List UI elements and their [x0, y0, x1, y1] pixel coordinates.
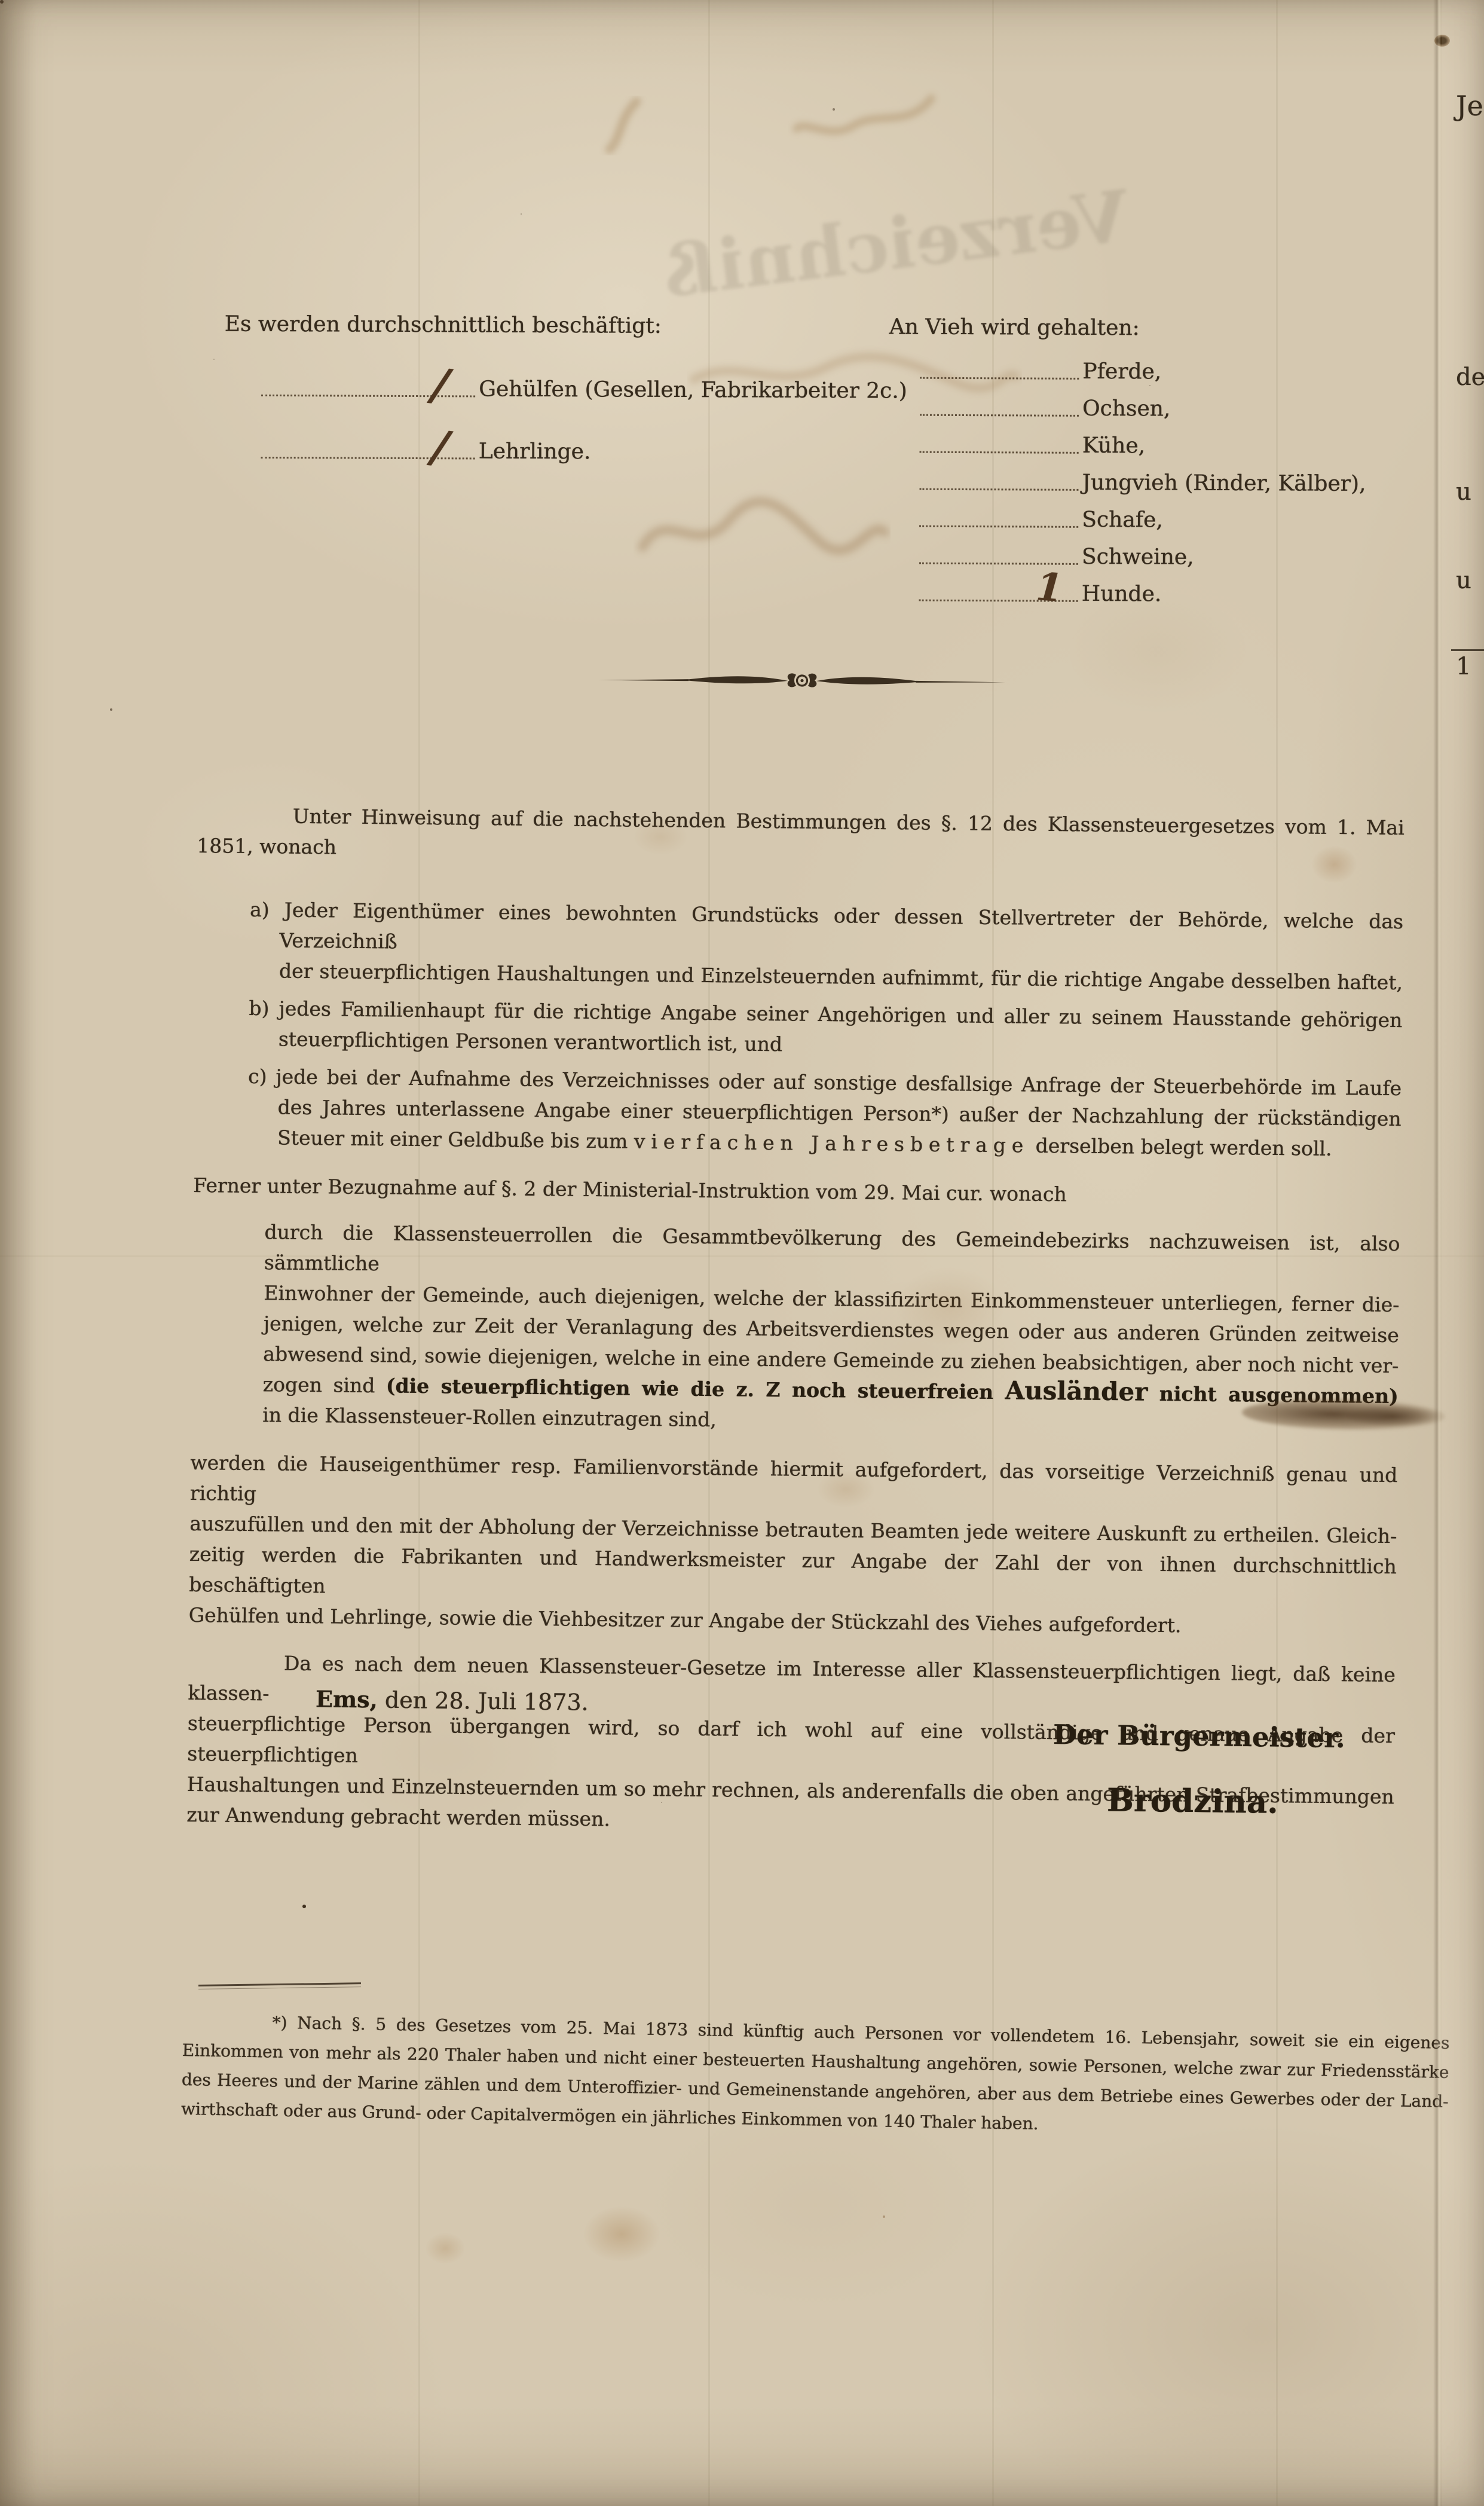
- dotted-entry-line: [919, 525, 1078, 528]
- edge-fragment: Je: [1456, 90, 1483, 122]
- bleedthrough-mark-ghost: [788, 87, 943, 143]
- paragraph: a) Jeder Eigenthümer eines bewohnten Gru…: [195, 894, 1403, 998]
- edge-fragment: u: [1456, 478, 1471, 506]
- paragraph: durch die Klassensteuerrollen die Gesamm…: [191, 1216, 1400, 1442]
- ornamental-divider: [599, 666, 1005, 696]
- edge-fragment-rule: [1451, 649, 1484, 651]
- edge-fragment: de: [1456, 363, 1484, 391]
- form-row-label: Schweine,: [1082, 545, 1194, 570]
- livestock-heading: An Vieh wird gehalten:: [889, 314, 1140, 340]
- handwritten-entry: /: [429, 421, 451, 473]
- form-row-label: Gehülfen (Gesellen, Fabrikarbeiter 2c.): [479, 377, 907, 404]
- employment-heading: Es werden durchschnittlich beschäftigt:: [225, 312, 662, 338]
- form-row: /Gehülfen (Gesellen, Fabrikarbeiter 2c.): [261, 367, 907, 404]
- edge-fragment: 1: [1456, 653, 1471, 680]
- form-row: Schafe,: [919, 498, 1163, 533]
- paragraph: Unter Hinweisung auf die nachstehenden B…: [197, 800, 1405, 873]
- dotted-entry-line: [920, 451, 1079, 454]
- paragraph: *) Nach §. 5 des Gesetzes vom 25. Mai 18…: [181, 2006, 1450, 2146]
- text-line: Ferner unter Bezugnahme auf §. 2 der Min…: [193, 1170, 1400, 1213]
- ink-smudge: [1348, 1406, 1437, 1426]
- paragraph: b) jedes Familienhaupt für die richtige …: [195, 992, 1403, 1066]
- paragraph: c) jede bei der Aufnahme des Verzeichnis…: [194, 1061, 1402, 1165]
- bleedthrough-title-ghost: Verzeichniß: [659, 174, 1133, 313]
- form-row-label: Lehrlinge.: [479, 439, 591, 464]
- dotted-entry-line: [920, 414, 1079, 417]
- bleedthrough-handwriting-ghost: [634, 475, 891, 571]
- paragraph: werden die Hauseigenthümer resp. Familie…: [188, 1447, 1397, 1643]
- paragraph: Ferner unter Bezugnahme auf §. 2 der Min…: [193, 1170, 1400, 1213]
- footnote-rule: [198, 1982, 361, 1989]
- edge-fragment: u: [1456, 567, 1471, 594]
- form-row: Ochsen,: [920, 387, 1171, 421]
- form-row-label: Schafe,: [1082, 508, 1163, 533]
- document-page: Verzeichniß Es werden durchschnittlich b…: [0, 0, 1484, 2506]
- dotted-entry-line: [919, 563, 1078, 565]
- form-row-label: Kühe,: [1082, 433, 1145, 458]
- handwritten-entry: 1: [1035, 564, 1064, 611]
- place-name: Ems,: [316, 1685, 378, 1713]
- form-row-label: Hunde.: [1082, 582, 1162, 607]
- text-line: a) Jeder Eigenthümer eines bewohnten Gru…: [279, 894, 1403, 967]
- text-line: durch die Klassensteuerrollen die Gesamm…: [264, 1217, 1400, 1289]
- form-section: Es werden durchschnittlich beschäftigt: …: [0, 0, 1484, 7]
- form-row: Jungvieh (Rinder, Kälber),: [919, 461, 1366, 496]
- form-row-label: Ochsen,: [1082, 396, 1170, 421]
- ink-specks: [0, 0, 4, 4]
- bleedthrough-mark-ghost: [595, 96, 666, 155]
- foxing-stain: [583, 2206, 660, 2263]
- footnote-text: *) Nach §. 5 des Gesetzes vom 25. Mai 18…: [181, 2006, 1450, 2146]
- foxing-stain: [426, 2233, 465, 2264]
- form-row-label: Pferde,: [1082, 359, 1161, 384]
- page-fold: [1433, 0, 1442, 2506]
- form-row-label: Jungvieh (Rinder, Kälber),: [1082, 470, 1366, 496]
- date-text: den 28. Juli 1873.: [378, 1686, 589, 1715]
- place-date-line: Ems, den 28. Juli 1873.: [316, 1685, 589, 1716]
- dotted-entry-line: [919, 488, 1078, 491]
- dotted-entry-line: [920, 377, 1079, 380]
- handwritten-entry: /: [430, 359, 451, 411]
- form-row: Schweine,: [919, 535, 1194, 570]
- signer-name: Brodzina.: [1107, 1781, 1278, 1820]
- form-row: Pferde,: [920, 350, 1161, 384]
- form-row: /Lehrlinge.: [261, 429, 591, 464]
- form-row: 1Hunde.: [919, 572, 1162, 607]
- form-row: Kühe,: [920, 424, 1145, 459]
- signer-title: Der Bürgermeister.: [1053, 1719, 1345, 1754]
